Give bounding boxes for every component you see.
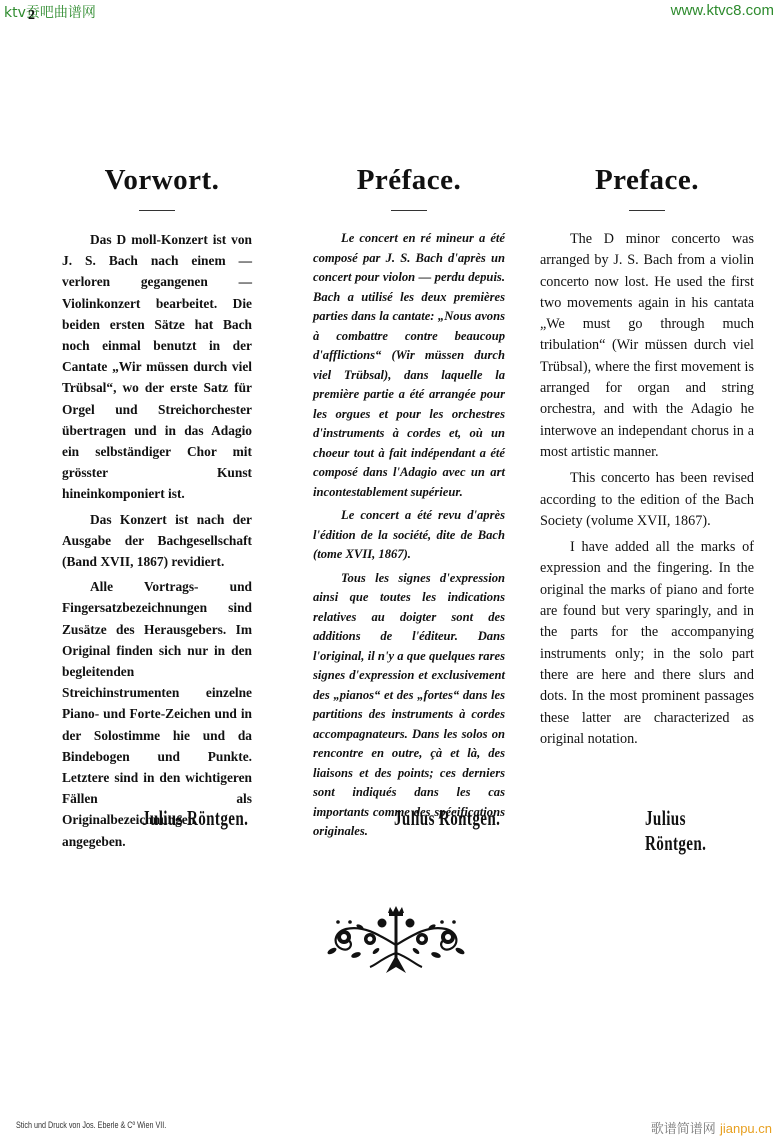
english-body: The D minor concerto was arranged by J. … [540, 229, 754, 750]
page-number: 2 [28, 8, 35, 24]
french-body: Le concert en ré mineur a été composé pa… [313, 229, 505, 842]
watermark-bottom-right: 歌谱简谱网 jianpu.cn [651, 1118, 772, 1137]
french-paragraph-2: Le concert a été revu d'après l'édition … [313, 506, 505, 565]
printer-imprint: Stich und Druck von Jos. Eberle & Cº Wie… [16, 1120, 166, 1130]
floral-ornament-icon [324, 905, 468, 977]
english-paragraph-1: The D minor concerto was arranged by J. … [540, 229, 754, 463]
heading-rule [391, 210, 427, 211]
english-paragraph-3: I have added all the marks of expression… [540, 537, 754, 750]
german-paragraph-1: Das D moll-Konzert ist von J. S. Bach na… [62, 229, 252, 505]
german-preface-column: Vorwort. Das D moll-Konzert ist von J. S… [62, 160, 252, 856]
english-signature: Julius Röntgen. [645, 806, 744, 856]
french-preface-column: Préface. Le concert en ré mineur a été c… [313, 160, 505, 846]
english-paragraph-2: This concerto has been revised according… [540, 468, 754, 532]
french-paragraph-1: Le concert en ré mineur a été composé pa… [313, 229, 505, 502]
french-paragraph-3: Tous les signes d'expression ainsi que t… [313, 569, 505, 842]
watermark-bottom-cn: 歌谱简谱网 [651, 1122, 716, 1137]
german-paragraph-2: Das Konzert ist nach der Ausgabe der Bac… [62, 509, 252, 573]
french-signature: Julius Röntgen. [394, 806, 500, 831]
french-heading: Préface. [313, 160, 505, 200]
german-signature: Julius Röntgen. [142, 806, 248, 831]
english-heading: Preface. [540, 160, 754, 200]
watermark-top-left: ktv蚕吧曲谱网 [4, 2, 96, 22]
german-body: Das D moll-Konzert ist von J. S. Bach na… [62, 229, 252, 852]
watermark-bottom-latin: jianpu.cn [720, 1121, 772, 1136]
german-heading: Vorwort. [72, 160, 252, 200]
heading-rule [629, 210, 665, 211]
english-preface-column: Preface. The D minor concerto was arrang… [540, 160, 754, 755]
watermark-top-right: www.ktvc8.com [671, 2, 774, 19]
heading-rule [139, 210, 175, 211]
